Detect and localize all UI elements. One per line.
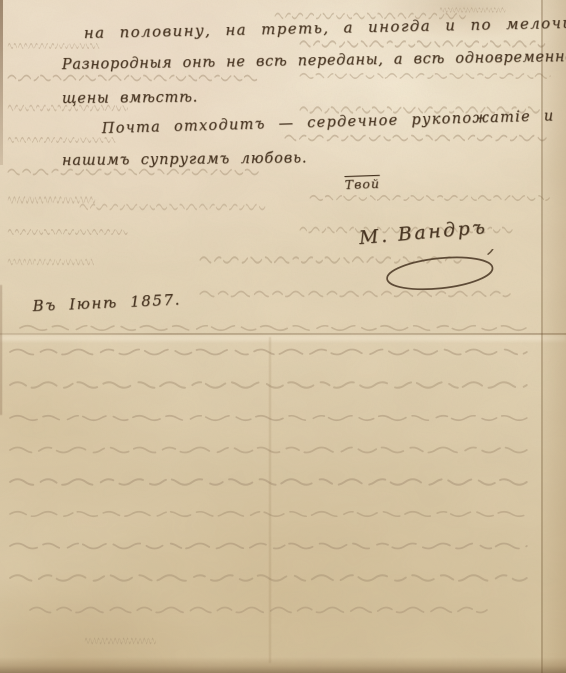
closing-word: Твой: [344, 176, 380, 192]
horizontal-fold-highlight: [0, 335, 566, 341]
right-margin-shading: [543, 0, 566, 673]
center-vertical-fold-crease: [269, 337, 271, 663]
left-paper-edge: [0, 0, 3, 165]
letter-scan: на половину, на треть, а иногда и по мел…: [0, 0, 566, 673]
handwriting-line: нашимъ супругамъ любовь.: [62, 150, 308, 169]
bottom-paper-edge-shadow: [0, 657, 566, 673]
left-paper-edge-lower: [0, 285, 2, 415]
handwriting-line: щены вмѣстѣ.: [62, 90, 198, 107]
